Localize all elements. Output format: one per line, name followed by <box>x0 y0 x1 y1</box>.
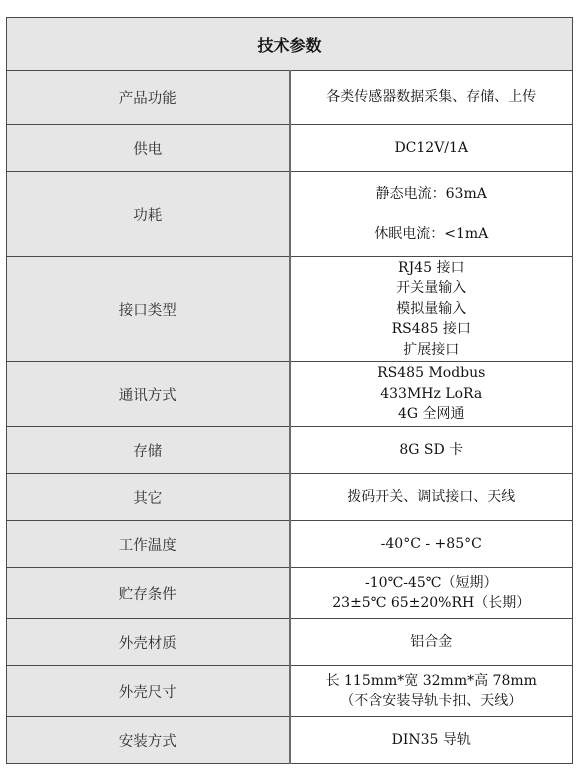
row-value: DIN35 导轨 <box>290 717 573 764</box>
row-value: -40°C - +85°C <box>290 521 573 568</box>
row-label: 贮存条件 <box>7 568 290 619</box>
row-label: 外壳材质 <box>7 619 290 666</box>
value-line: 4G 全网通 <box>291 404 573 425</box>
value-line: 8G SD 卡 <box>291 440 573 461</box>
table-row: 存储8G SD 卡 <box>7 427 573 474</box>
row-value: 各类传感器数据采集、存储、上传 <box>290 71 573 125</box>
table-row: 供电DC12V/1A <box>7 125 573 172</box>
value-line: RJ45 接口 <box>291 258 573 279</box>
value-line: 各类传感器数据采集、存储、上传 <box>291 87 573 108</box>
row-label: 功耗 <box>7 172 290 257</box>
row-label: 供电 <box>7 125 290 172</box>
value-line: RS485 Modbus <box>291 363 573 384</box>
row-value: RJ45 接口开关量输入模拟量输入RS485 接口扩展接口 <box>290 257 573 362</box>
row-value: 铝合金 <box>290 619 573 666</box>
value-line: （不含安装导轨卡扣、天线） <box>291 691 573 712</box>
value-line: 扩展接口 <box>291 340 573 361</box>
row-value: 长 115mm*宽 32mm*高 78mm（不含安装导轨卡扣、天线） <box>290 666 573 717</box>
row-value: RS485 Modbus433MHz LoRa4G 全网通 <box>290 362 573 427</box>
row-value: 静态电流：63mA休眠电流：<1mA <box>290 172 573 257</box>
value-line: 开关量输入 <box>291 278 573 299</box>
row-label: 其它 <box>7 474 290 521</box>
value-line: RS485 接口 <box>291 319 573 340</box>
table-row: 通讯方式RS485 Modbus433MHz LoRa4G 全网通 <box>7 362 573 427</box>
row-value: DC12V/1A <box>290 125 573 172</box>
row-label: 存储 <box>7 427 290 474</box>
table-row: 其它拨码开关、调试接口、天线 <box>7 474 573 521</box>
table-row: 安装方式DIN35 导轨 <box>7 717 573 764</box>
row-label: 安装方式 <box>7 717 290 764</box>
row-label: 通讯方式 <box>7 362 290 427</box>
table-row: 工作温度-40°C - +85°C <box>7 521 573 568</box>
row-label: 工作温度 <box>7 521 290 568</box>
table-row: 产品功能各类传感器数据采集、存储、上传 <box>7 71 573 125</box>
value-line: 休眠电流：<1mA <box>291 214 573 254</box>
value-line: 静态电流：63mA <box>291 174 573 214</box>
table-header-row: 技术参数 <box>7 18 573 71</box>
table-row: 外壳尺寸长 115mm*宽 32mm*高 78mm（不含安装导轨卡扣、天线） <box>7 666 573 717</box>
value-line: 拨码开关、调试接口、天线 <box>291 487 573 508</box>
row-label: 外壳尺寸 <box>7 666 290 717</box>
value-line: -40°C - +85°C <box>291 534 573 555</box>
value-line: 模拟量输入 <box>291 299 573 320</box>
table-title: 技术参数 <box>7 18 573 71</box>
table-row: 外壳材质铝合金 <box>7 619 573 666</box>
value-line: 433MHz LoRa <box>291 384 573 405</box>
row-value: 8G SD 卡 <box>290 427 573 474</box>
value-line: DIN35 导轨 <box>291 730 573 751</box>
table-row: 贮存条件-10℃-45℃（短期）23±5℃ 65±20%RH（长期） <box>7 568 573 619</box>
value-line: DC12V/1A <box>291 138 573 159</box>
table-row: 接口类型RJ45 接口开关量输入模拟量输入RS485 接口扩展接口 <box>7 257 573 362</box>
row-value: -10℃-45℃（短期）23±5℃ 65±20%RH（长期） <box>290 568 573 619</box>
value-line: 长 115mm*宽 32mm*高 78mm <box>291 671 573 692</box>
table-row: 功耗静态电流：63mA休眠电流：<1mA <box>7 172 573 257</box>
row-label: 接口类型 <box>7 257 290 362</box>
value-line: 铝合金 <box>291 632 573 653</box>
row-label: 产品功能 <box>7 71 290 125</box>
value-line: -10℃-45℃（短期） <box>291 573 573 594</box>
value-line: 23±5℃ 65±20%RH（长期） <box>291 593 573 614</box>
row-value: 拨码开关、调试接口、天线 <box>290 474 573 521</box>
spec-table: 技术参数 产品功能各类传感器数据采集、存储、上传供电DC12V/1A功耗静态电流… <box>6 17 573 764</box>
